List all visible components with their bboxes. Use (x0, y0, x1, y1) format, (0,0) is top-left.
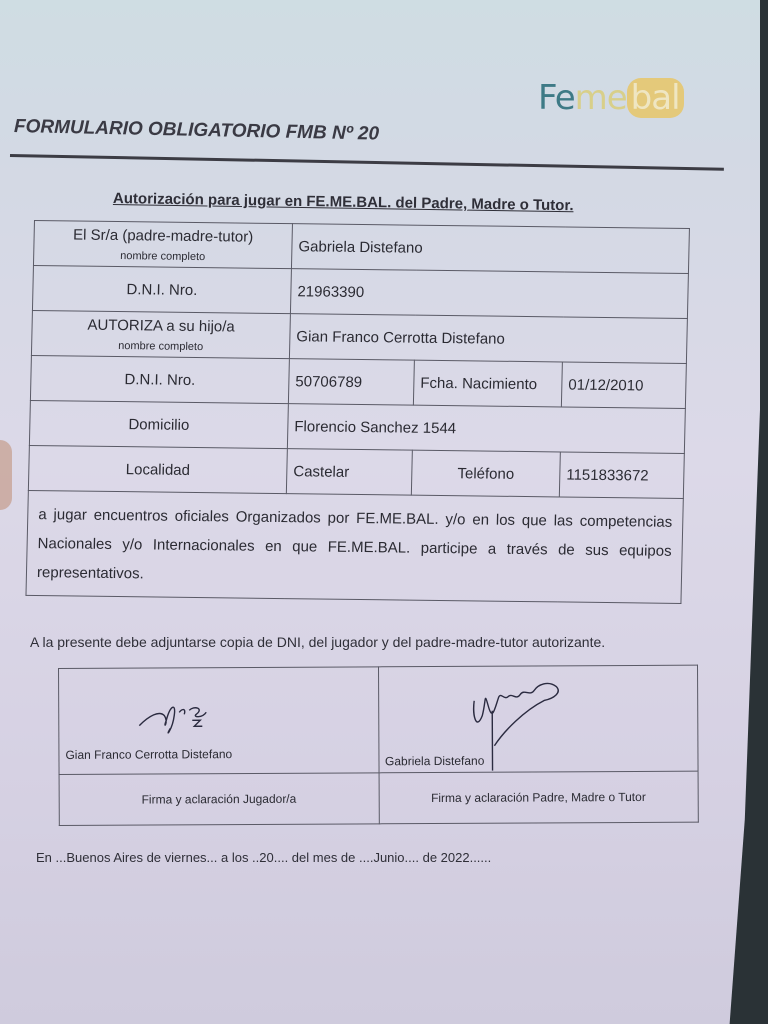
birth-date-label: Fcha. Nacimiento (413, 360, 562, 407)
city-field: Castelar (286, 449, 412, 496)
birth-date-field: 01/12/2010 (561, 362, 686, 409)
title-divider (10, 154, 724, 171)
player-signature-icon (134, 690, 234, 741)
guardian-name-printed: Gabriela Distefano (385, 754, 484, 769)
child-sublabel: nombre completo (38, 339, 283, 354)
logo-part-fe: Fe (538, 78, 575, 118)
table-row: Domicilio Florencio Sanchez 1544 (29, 400, 685, 453)
city-label: Localidad (28, 445, 287, 493)
table-row: D.N.I. Nro. 21963390 (32, 265, 688, 318)
phone-label: Teléfono (411, 450, 560, 497)
address-field: Florencio Sanchez 1544 (287, 404, 685, 454)
guardian-dni-field: 21963390 (290, 269, 688, 319)
table-row: Localidad Castelar Teléfono 1151833672 (28, 445, 684, 498)
guardian-dni-label: D.N.I. Nro. (32, 265, 291, 313)
table-row: El Sr/a (padre-madre-tutor) nombre compl… (33, 221, 689, 274)
authorization-table: El Sr/a (padre-madre-tutor) nombre compl… (25, 220, 689, 604)
guardian-label-cell: El Sr/a (padre-madre-tutor) nombre compl… (33, 221, 292, 269)
form-title: FORMULARIO OBLIGATORIO FMB Nº 20 (14, 116, 380, 146)
femebal-logo: Femebal (538, 78, 684, 118)
guardian-name-field: Gabriela Distefano (291, 224, 689, 274)
child-dni-field: 50706789 (288, 359, 414, 406)
child-name-field: Gian Franco Cerrotta Distefano (289, 314, 687, 364)
table-row: AUTORIZA a su hijo/a nombre completo Gia… (31, 310, 687, 363)
table-row: Firma y aclaración Jugador/a Firma y acl… (59, 771, 698, 825)
player-name-printed: Gian Franco Cerrotta Distefano (65, 747, 232, 762)
child-dni-label: D.N.I. Nro. (30, 355, 289, 403)
authorization-text: a jugar encuentros oficiales Organizados… (26, 490, 683, 603)
place-date-line: En ...Buenos Aires de viernes... a los .… (36, 850, 491, 865)
player-signature-cell: Gian Franco Cerrotta Distefano (59, 667, 379, 775)
child-label-cell: AUTORIZA a su hijo/a nombre completo (31, 310, 290, 358)
table-row: D.N.I. Nro. 50706789 Fcha. Nacimiento 01… (30, 355, 686, 408)
table-row: a jugar encuentros oficiales Organizados… (26, 490, 683, 603)
guardian-label: El Sr/a (padre-madre-tutor) (73, 226, 253, 245)
signature-table: Gian Franco Cerrotta Distefano Gabriela … (58, 665, 699, 826)
logo-part-me: me (575, 78, 627, 118)
child-label: AUTORIZA a su hijo/a (87, 316, 235, 335)
guardian-signature-caption: Firma y aclaración Padre, Madre o Tutor (379, 771, 699, 824)
form-paper: Femebal FORMULARIO OBLIGATORIO FMB Nº 20… (0, 0, 760, 1024)
form-subtitle: Autorización para jugar en FE.ME.BAL. de… (113, 190, 574, 214)
thumb (0, 440, 12, 510)
logo-part-bal: bal (627, 78, 684, 118)
table-row: Gian Franco Cerrotta Distefano Gabriela … (59, 665, 699, 774)
address-label: Domicilio (29, 400, 288, 448)
attachment-note: A la presente debe adjuntarse copia de D… (30, 634, 605, 650)
guardian-signature-cell: Gabriela Distefano (378, 665, 698, 773)
player-signature-caption: Firma y aclaración Jugador/a (59, 773, 379, 826)
phone-field: 1151833672 (559, 452, 684, 499)
guardian-sublabel: nombre completo (40, 249, 285, 264)
